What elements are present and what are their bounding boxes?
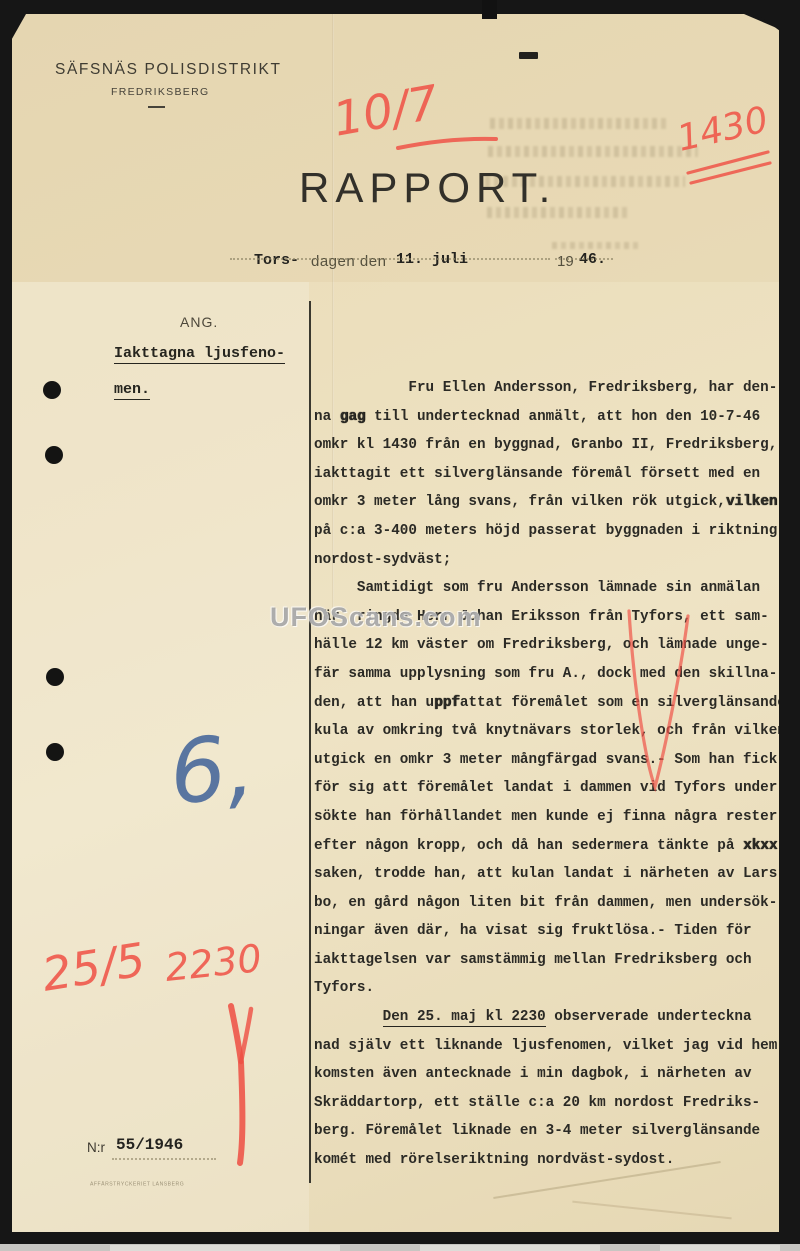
- printer-imprint: AFFÄRSTRYCKERIET LANSBERG: [90, 1182, 184, 1187]
- body-line: nordost-sydväst;: [314, 546, 779, 575]
- punch-hole: [46, 668, 64, 686]
- handwritten-red-margin-time: 2230: [163, 939, 263, 987]
- punch-hole: [43, 381, 61, 399]
- letterhead-district: SÄFSNÄS POLISDISTRIKT: [55, 61, 282, 79]
- dog-ear-corner: [757, 14, 780, 31]
- scanned-report-page: SÄFSNÄS POLISDISTRIKT FREDRIKSBERG RAPPO…: [0, 0, 800, 1251]
- subject-line-2: men.: [114, 381, 150, 400]
- body-line: bo, en gård någon liten bit från dammen,…: [314, 889, 779, 918]
- body-line: saken, trodde han, att kulan landat i nä…: [314, 860, 779, 889]
- letterhead-place: FREDRIKSBERG: [111, 86, 209, 98]
- handwritten-blue-number: 6,: [166, 723, 257, 818]
- scan-border-top: [0, 0, 800, 14]
- body-line: Skräddartorp, ett ställe c:a 20 km nordo…: [314, 1089, 779, 1118]
- body-line: den, att han uppfattat föremålet som en …: [314, 689, 779, 718]
- date-typed-day: Tors-: [254, 252, 299, 269]
- subject-line-1: Iakttagna ljusfeno-: [114, 345, 285, 364]
- body-line: efter någon kropp, och då han sedermera …: [314, 832, 779, 861]
- report-number-value: 55/1946: [116, 1136, 183, 1154]
- body-line: iakttagit ett silverglänsande föremål fö…: [314, 460, 779, 489]
- body-line: ningar även där, ha visat sig fruktlösa.…: [314, 917, 779, 946]
- scanner-bed-strip: [660, 1245, 780, 1251]
- body-line: omkr 3 meter lång svans, från vilken rök…: [314, 488, 779, 517]
- date-printed-middle: dagen den: [311, 253, 386, 270]
- body-line: nad själv ett liknande ljusfenomen, vilk…: [314, 1032, 779, 1061]
- watermark: UFOScans.com: [270, 602, 482, 633]
- scanner-bed-strip: [110, 1245, 340, 1251]
- scanner-bed-strip: [420, 1245, 600, 1251]
- subject-label: ANG.: [180, 314, 218, 330]
- body-line: Samtidigt som fru Andersson lämnade sin …: [314, 574, 779, 603]
- body-line: Fru Ellen Andersson, Fredriksberg, har d…: [314, 374, 779, 403]
- ghost-text-line: [488, 146, 698, 157]
- form-dotted-line: [555, 258, 613, 260]
- body-line: iakttagelsen var samstämmig mellan Fredr…: [314, 946, 779, 975]
- body-line: kula av omkring två knytnävars storlek, …: [314, 717, 779, 746]
- report-title: RAPPORT.: [299, 164, 556, 212]
- body-line: fär samma upplysning som fru A., dock me…: [314, 660, 779, 689]
- scan-border-notch: [482, 0, 497, 19]
- ghost-text-line: [490, 118, 670, 129]
- letterhead-dash: [148, 106, 165, 108]
- body-line: sökte han förhållandet men kunde ej finn…: [314, 803, 779, 832]
- scan-border-right: [779, 0, 800, 1251]
- ink-smudge: [519, 52, 538, 59]
- form-dotted-line: [230, 258, 550, 260]
- body-line: komét med rörelseriktning nordväst-sydos…: [314, 1146, 779, 1175]
- body-line: berg. Föremålet liknade en 3-4 meter sil…: [314, 1117, 779, 1146]
- body-line: Den 25. maj kl 2230 observerade undertec…: [314, 1003, 779, 1032]
- report-number-label: N:r: [87, 1140, 105, 1155]
- body-line: utgick en omkr 3 meter mångfärgad svans.…: [314, 746, 779, 775]
- ghost-text-line: [552, 242, 642, 249]
- form-dotted-line: [112, 1158, 216, 1160]
- column-rule: [309, 301, 311, 1183]
- paper-corner-shadow: [0, 14, 26, 60]
- date-printed-year-prefix: 19: [557, 253, 574, 270]
- paper-crease: [572, 1201, 731, 1220]
- report-body: Fru Ellen Andersson, Fredriksberg, har d…: [314, 374, 779, 1175]
- body-line: hälle 12 km väster om Fredriksberg, och …: [314, 631, 779, 660]
- body-line: Tyfors.: [314, 974, 779, 1003]
- body-line: för sig att föremålet landat i dammen vi…: [314, 774, 779, 803]
- body-line: omkr kl 1430 från en byggnad, Granbo II,…: [314, 431, 779, 460]
- body-line: na gag till undertecknad anmält, att hon…: [314, 403, 779, 432]
- punch-hole: [45, 446, 63, 464]
- body-line: på c:a 3-400 meters höjd passerat byggna…: [314, 517, 779, 546]
- body-line: komsten även antecknade i min dagbok, i …: [314, 1060, 779, 1089]
- punch-hole: [46, 743, 64, 761]
- scan-border-left: [0, 0, 12, 1251]
